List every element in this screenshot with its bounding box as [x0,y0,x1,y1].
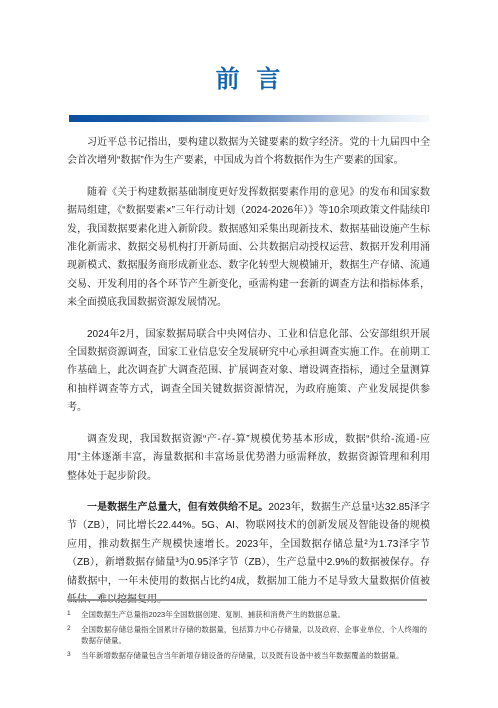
paragraph-4: 调查发现，我国数据资源“产-存-算”规模优势基本形成，数据“供给-流通-应用”主… [67,431,430,486]
page-title: 前 言 [0,64,498,96]
preface-page: 前 言 习近平总书记指出，要构建以数据为关键要素的数字经济。党的十九届四中全会首… [0,0,498,708]
paragraph-5: 一是数据生产总量大，但有效供给不足。2023年，数据生产总量¹达32.85泽字节… [67,499,430,609]
paragraph-3-segment-1: 2024年2月，国家数据局联合中央网信办、工业和信息化部、公安部组织开展全国数据… [67,329,430,414]
title-underline-gradient-bar [69,115,429,122]
footnote-1: 1全国数据生产总量指2023年全国数据创建、复制、捕获和消费产生的数据总量。 [67,609,427,621]
footnote-2-text: 全国数据存储总量指全国累计存储的数据量，包括算力中心存储量，以及政府、企事业单位… [81,624,427,647]
paragraph-3: 2024年2月，国家数据局联合中央网信办、工业和信息化部、公安部组织开展全国数据… [67,326,430,418]
footnote-divider-line [67,599,427,601]
footnote-1-text: 全国数据生产总量指2023年全国数据创建、复制、捕获和消费产生的数据总量。 [81,609,427,621]
footnote-3-marker: 3 [67,649,81,661]
body-text: 习近平总书记指出，要构建以数据为关键要素的数字经济。党的十九届四中全会首次增列“… [67,134,430,622]
paragraph-5-segment-1: 一是数据生产总量大，但有效供给不足。 [87,502,268,513]
footnote-3: 3当年新增数据存储量包含当年新增存储设备的存储量，以及既有设备中被当年数据覆盖的… [67,650,427,662]
paragraph-4-segment-1: 调查发现，我国数据资源“产-存-算”规模优势基本形成，数据“供给-流通-应用”主… [67,434,430,482]
footnote-3-text: 当年新增数据存储量包含当年新增存储设备的存储量，以及既有设备中被当年数据覆盖的数… [81,650,427,662]
paragraph-1-segment-1: 习近平总书记指出，要构建以数据为关键要素的数字经济。党的十九届四中全会首次增列“… [67,137,430,166]
footnotes-section: 1全国数据生产总量指2023年全国数据创建、复制、捕获和消费产生的数据总量。2全… [67,599,427,664]
footnote-2-marker: 2 [67,623,81,635]
paragraph-1: 习近平总书记指出，要构建以数据为关键要素的数字经济。党的十九届四中全会首次增列“… [67,134,430,171]
footnote-list: 1全国数据生产总量指2023年全国数据创建、复制、捕获和消费产生的数据总量。2全… [67,609,427,661]
paragraph-5-segment-2: 2023年，数据生产总量¹达32.85泽字节（ZB），同比增长22.44%。5G… [67,502,430,605]
paragraph-2: 随着《关于构建数据基础制度更好发挥数据要素作用的意见》的发布和国家数据局组建，《… [67,184,430,313]
footnote-1-marker: 1 [67,608,81,620]
paragraph-2-segment-1: 随着《关于构建数据基础制度更好发挥数据要素作用的意见》的发布和国家数据局组建，《… [67,187,430,308]
footnote-2: 2全国数据存储总量指全国累计存储的数据量，包括算力中心存储量，以及政府、企事业单… [67,624,427,647]
